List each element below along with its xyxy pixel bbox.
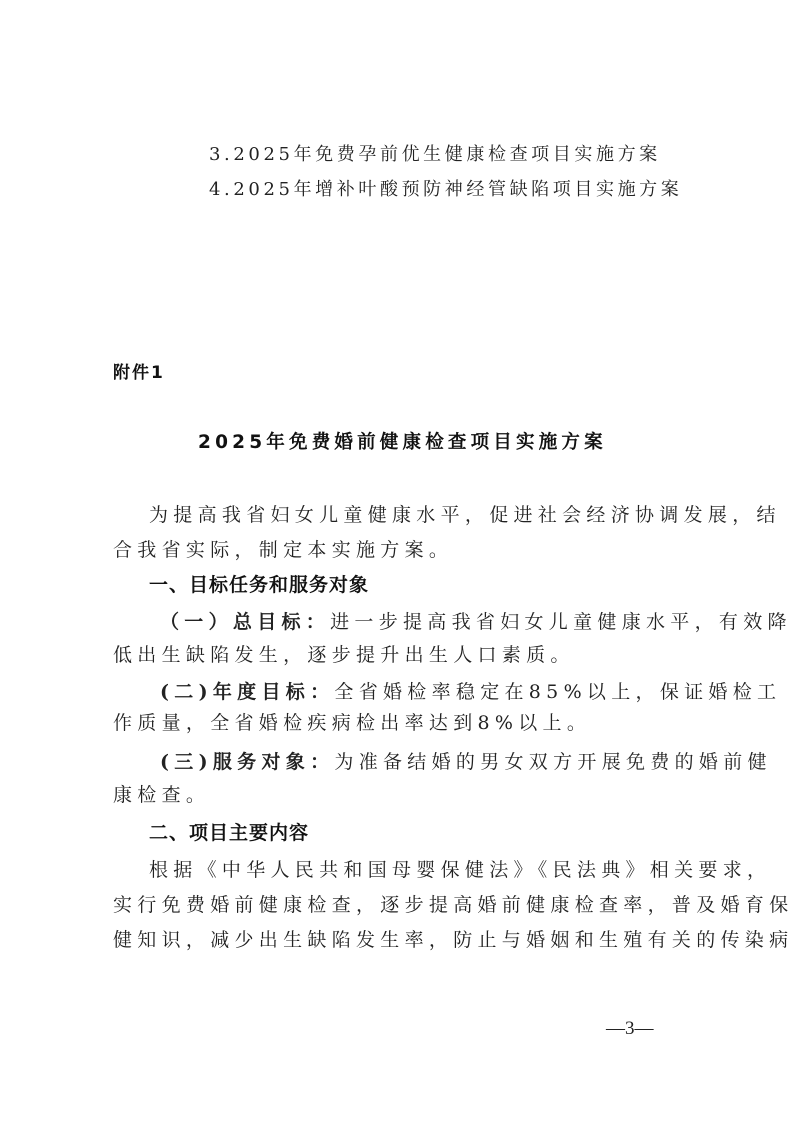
attachment-list-item: 4.2025年增补叶酸预防神经管缺陷项目实施方案 [209,178,682,202]
item-text: 进一步提高我省妇女儿童健康水平，有效降 [330,611,792,633]
item-label: (三)服务对象： [160,751,334,773]
paragraph-line: (二)年度目标：全省婚检率稳定在85%以上，保证婚检工 [160,680,781,704]
paragraph-line: 作质量，全省婚检疾病检出率达到8%以上。 [113,711,591,735]
paragraph-line: 康检查。 [113,783,210,807]
item-label: （一）总目标： [160,611,330,633]
paragraph-line: 健知识，减少出生缺陷发生率，防止与婚姻和生殖有关的传染病、 [113,928,793,952]
document-title: 2025年免费婚前健康检查项目实施方案 [198,431,607,455]
attachment-list-item: 3.2025年免费孕前优生健康检查项目实施方案 [209,143,661,167]
item-text: 为准备结婚的男女双方开展免费的婚前健 [334,751,771,773]
item-label: (二)年度目标： [160,681,334,703]
page-number: —3— [606,1018,654,1040]
paragraph-line: 根据《中华人民共和国母婴保健法》《民法典》相关要求， [149,858,771,882]
item-text: 全省婚检率稳定在85%以上，保证婚检工 [334,681,781,703]
paragraph-line: 为提高我省妇女儿童健康水平，促进社会经济协调发展，结 [149,503,781,527]
paragraph-line: (三)服务对象：为准备结婚的男女双方开展免费的婚前健 [160,750,772,774]
paragraph-line: 低出生缺陷发生，逐步提升出生人口素质。 [113,643,575,667]
paragraph-line: 实行免费婚前健康检查，逐步提高婚前健康检查率，普及婚育保 [113,893,793,917]
attachment-label: 附件1 [113,361,165,385]
section-heading-2: 二、项目主要内容 [149,821,309,845]
paragraph-line: （一）总目标：进一步提高我省妇女儿童健康水平，有效降 [160,610,792,634]
paragraph-line: 合我省实际，制定本实施方案。 [113,538,453,562]
section-heading-1: 一、目标任务和服务对象 [149,573,369,597]
